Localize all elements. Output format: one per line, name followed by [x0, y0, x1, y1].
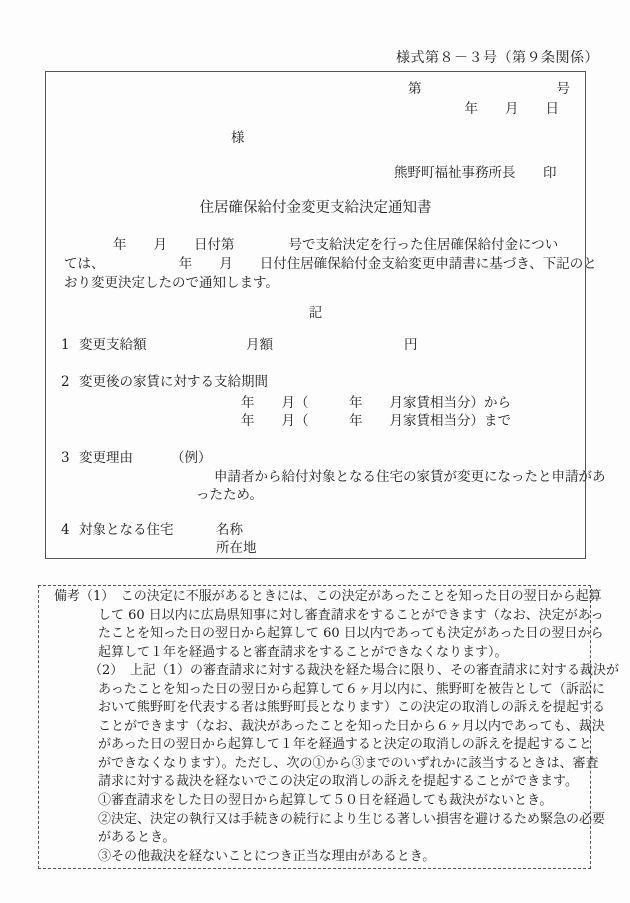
body-line-1: 年 月 日付第 号で支給決定を行った住居確保給付金につい — [113, 237, 558, 254]
remarks-line: して 60 日以内に広島県知事に対し審査請求をすることができます（なお、決定があ… — [39, 607, 590, 626]
body-line-2: ては、 年 月 日付住居確保給付金支給変更申請書に基づき、下記のと — [64, 256, 597, 273]
item-2-payment-period: 2 変更後の家賃に対する支給期間 — [46, 374, 585, 392]
form-style-number: 様式第８－３号（第９条関係） — [396, 47, 599, 67]
item-4-address-label: 所在地 — [216, 540, 257, 557]
remarks-line: ①審査請求をした日の翌日から起算して５０日を経過しても裁決がないとき。 — [39, 792, 590, 811]
item-4-label: 対象となる住宅 — [79, 522, 174, 539]
ki-heading: 記 — [46, 305, 585, 322]
remarks-line: 起算して１年を経過すると審査請求をすることができなくなります）。 — [39, 644, 590, 663]
item-3-example-line-2: ったため。 — [196, 487, 263, 504]
document-title: 住居確保給付金変更支給決定通知書 — [46, 200, 585, 217]
item-1-changed-amount: 1 変更支給額 月額 円 — [46, 337, 585, 355]
item-3-example-line-1: 申請者から給付対象となる住宅の家賃が変更になったと申請があ — [214, 469, 606, 486]
remarks-line: 備考（1） この決定に不服があるときには、この決定があったことを知った日の翌日か… — [39, 588, 590, 607]
remarks-line: ③その他裁決を経ないことにつき正当な理由があるとき。 — [39, 848, 590, 867]
item-3-change-reason: 3 変更理由 （例） — [46, 450, 585, 468]
issuer-name: 熊野町福祉事務所長 — [394, 165, 516, 182]
item-2-number: 2 — [61, 374, 70, 391]
remarks-line: があった日の翌日から起算して１年を経過すると決定の取消しの訴えを提起すること — [39, 736, 590, 755]
remarks-line: おいて熊野町を代表する者は熊野町長となります）この決定の取消しの訴えを提起する — [39, 699, 590, 718]
seal-placeholder: 印 — [543, 165, 557, 182]
item-2-period-to: 年 月（ 年 月家賃相当分）まで — [241, 413, 511, 430]
item-3-number: 3 — [61, 450, 70, 467]
item-2-label: 変更後の家賃に対する支給期間 — [79, 374, 268, 391]
remarks-line: ことができます（なお、裁決があったことを知った日から６ヶ月以内であっても、裁決 — [39, 718, 590, 737]
date-line: 年 月 日 — [465, 101, 560, 118]
document-number-line: 第 号 — [408, 81, 570, 98]
notice-box: 第 号 年 月 日 様 熊野町福祉事務所長 印 住居確保給付金変更支給決定通知書… — [45, 71, 586, 559]
remarks-line: 請求に対する裁決を経ないでこの決定の取消しの訴えを提起することができます。 — [39, 773, 590, 792]
item-1-label: 変更支給額 — [79, 337, 147, 354]
remarks-box: 備考（1） この決定に不服があるときには、この決定があったことを知った日の翌日か… — [38, 585, 591, 869]
item-2-period-from: 年 月（ 年 月家賃相当分）から — [241, 395, 511, 412]
document-page: 様式第８－３号（第９条関係） 第 号 年 月 日 様 熊野町福祉事務所長 印 住… — [0, 0, 630, 903]
remarks-line: たことを知った日の翌日から起算して 60 日以内であっても決定があった日の翌日か… — [39, 625, 590, 644]
item-1-yen-label: 円 — [404, 337, 418, 354]
remarks-line: （2） 上記（1）の審査請求に対する裁決を経た場合に限り、その審査請求に対する裁… — [39, 662, 590, 681]
item-4-name-label: 名称 — [216, 522, 243, 539]
remarks-line: あったことを知った日の翌日から起算して６ヶ月以内に、熊野町を被告として（訴訟に — [39, 681, 590, 700]
addressee-suffix: 様 — [231, 130, 245, 147]
item-1-monthly-label: 月額 — [246, 337, 273, 354]
remarks-line: があるとき。 — [39, 829, 590, 848]
item-1-number: 1 — [61, 337, 70, 354]
item-4-number: 4 — [61, 522, 70, 539]
remarks-line: ができなくなります）。ただし、次の①から③までのいずれかに該当するときは、審査 — [39, 755, 590, 774]
body-line-3: おり変更決定したので通知します。 — [64, 275, 279, 292]
item-4-target-housing: 4 対象となる住宅 名称 — [46, 522, 585, 540]
remarks-line: ②決定、決定の執行又は手続きの続行により生じる著しい損害を避けるため緊急の必要 — [39, 811, 590, 830]
item-3-label: 変更理由 — [79, 450, 133, 467]
item-3-example-label: （例） — [171, 450, 212, 467]
